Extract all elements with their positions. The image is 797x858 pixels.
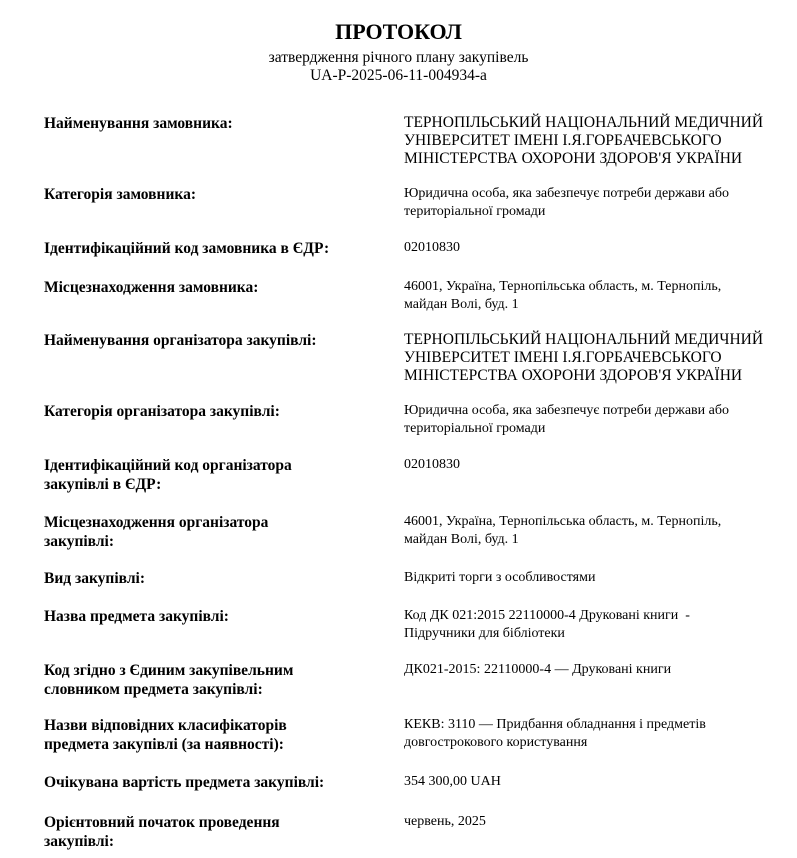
field-value: ТЕРНОПІЛЬСЬКИЙ НАЦІОНАЛЬНИЙ МЕДИЧНИЙ УНІ… [404, 331, 774, 385]
field-value: Відкриті торги з особливостями [404, 569, 774, 587]
field-value: 354 300,00 UAH [404, 773, 774, 791]
field-value: червень, 2025 [404, 813, 774, 831]
field-value: Код ДК 021:2015 22110000-4 Друковані кни… [404, 607, 749, 643]
field-label: Найменування замовника: [44, 114, 344, 133]
field-label: Ідентифікаційний код організатора закупі… [44, 456, 324, 494]
field-label: Вид закупівлі: [44, 569, 364, 588]
field-label: Назви відповідних класифікаторів предмет… [44, 716, 334, 754]
field-value: КЕКВ: 3110 — Придбання обладнання і пред… [404, 716, 754, 752]
field-label: Очікувана вартість предмета закупівлі: [44, 773, 364, 792]
field-value: 02010830 [404, 239, 774, 257]
field-label: Категорія організатора закупівлі: [44, 402, 364, 421]
field-label: Код згідно з Єдиним закупівельним словни… [44, 661, 334, 699]
field-label: Місцезнаходження замовника: [44, 278, 364, 297]
field-value: ДК021-2015: 22110000-4 — Друковані книги [404, 661, 774, 679]
field-label: Орієнтовний початок проведення закупівлі… [44, 813, 324, 851]
field-value: 02010830 [404, 456, 774, 474]
field-value: 46001, Україна, Тернопільська область, м… [404, 278, 764, 314]
document-subtitle: затвердження річного плану закупівель UA… [0, 49, 797, 85]
subtitle-text: затвердження річного плану закупівель [0, 49, 797, 67]
field-label: Найменування організатора закупівлі: [44, 331, 364, 350]
field-value: Юридична особа, яка забезпечує потреби д… [404, 402, 769, 438]
plan-id: UA-P-2025-06-11-004934-a [0, 67, 797, 85]
field-label: Ідентифікаційний код замовника в ЄДР: [44, 239, 364, 258]
field-label: Назва предмета закупівлі: [44, 607, 364, 626]
field-label: Місцезнаходження організатора закупівлі: [44, 513, 304, 551]
field-value: Юридична особа, яка забезпечує потреби д… [404, 185, 769, 221]
field-value: ТЕРНОПІЛЬСЬКИЙ НАЦІОНАЛЬНИЙ МЕДИЧНИЙ УНІ… [404, 114, 774, 168]
field-label: Категорія замовника: [44, 185, 364, 204]
field-value: 46001, Україна, Тернопільська область, м… [404, 513, 764, 549]
document-title: ПРОТОКОЛ [0, 19, 797, 45]
